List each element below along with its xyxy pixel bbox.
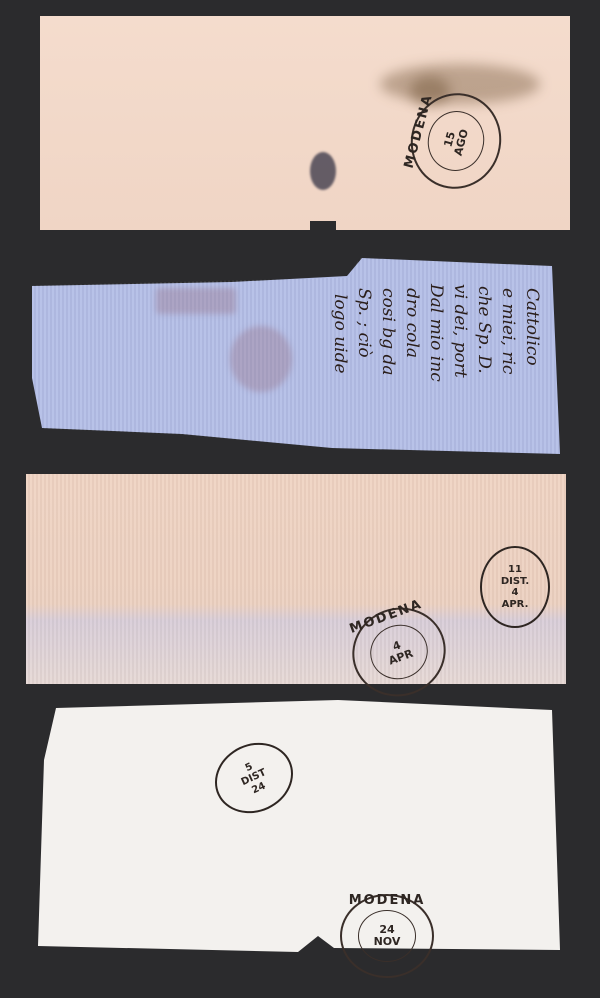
dist-month: APR.	[502, 599, 529, 611]
handwriting-line: logo uide	[330, 294, 350, 374]
cover-fragment-1: MODENA 15 AGO	[40, 16, 570, 230]
handwriting-line: e miei, ric	[498, 288, 518, 374]
paper-tear	[310, 221, 336, 233]
cover-fragment-4: 5 DIST 24 MODENA 24 NOV	[38, 700, 560, 958]
handwriting-line: Sp. ; ciò	[354, 288, 374, 358]
postmark-ring-text: MODENA	[349, 894, 426, 908]
handwritten-letter: Cattolico e miei, ric che Sp. D. vi dei,…	[32, 258, 560, 454]
dark-mark	[310, 152, 336, 190]
torn-paper-shape	[38, 700, 560, 958]
handwriting-line: cosi bg da	[378, 288, 398, 376]
postmark-month: NOV	[374, 936, 401, 948]
handwriting-line: Cattolico	[522, 288, 542, 366]
cover-fragment-2: Cattolico e miei, ric che Sp. D. vi dei,…	[32, 258, 560, 454]
postmark-center: 15 AGO	[422, 105, 491, 176]
handwriting-line: che Sp. D.	[474, 286, 494, 374]
handwriting-line: vi dei, port	[450, 284, 470, 378]
handwriting-line: dro cola	[402, 288, 422, 358]
modena-postmark: MODENA 24 NOV	[340, 894, 434, 978]
dist-label: DIST.	[501, 576, 529, 588]
handwriting-line: Dal mio inc	[426, 284, 446, 382]
distribution-postmark: 11 DIST. 4 APR.	[480, 546, 550, 628]
cover-fragment-3: 11 DIST. 4 APR. MODENA 4 APR	[26, 474, 566, 684]
dist-number: 11	[508, 564, 522, 576]
dist-day: 4	[512, 587, 519, 599]
postmark-month: APR	[387, 648, 414, 667]
postmark-center: 24 NOV	[358, 910, 416, 962]
